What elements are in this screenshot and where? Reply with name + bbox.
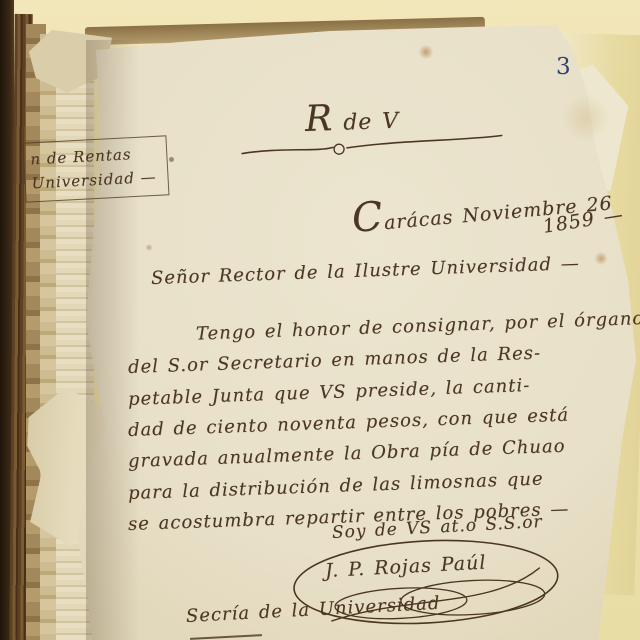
body-line: Tengo el honor de consignar, por el órga…: [128, 308, 640, 347]
body-line: del S.or Secretario en manos de la Res-: [128, 343, 542, 378]
page-number: 3: [556, 54, 571, 80]
signature-rubric-flourish: [286, 529, 566, 639]
body-line: para la distribución de las limosnas que: [128, 468, 544, 503]
manuscript-photo: 3 R de V n de Rentas Universidad — Carác…: [0, 0, 640, 640]
body-line: dad de ciento noventa pesos, con que est…: [128, 405, 570, 441]
handwritten-content: 3 R de V n de Rentas Universidad — Carác…: [0, 0, 640, 640]
footer-underline: [190, 634, 262, 640]
heading-underline-flourish: [240, 129, 506, 164]
salutation: Señor Rector de la Ilustre Universidad —: [151, 253, 580, 289]
body-line: gravada anualmente la Obra pía de Chuao: [128, 436, 566, 472]
margin-stamp-note: n de Rentas Universidad —: [23, 135, 170, 202]
body-line: petable Junta que VS preside, la canti-: [128, 375, 531, 410]
